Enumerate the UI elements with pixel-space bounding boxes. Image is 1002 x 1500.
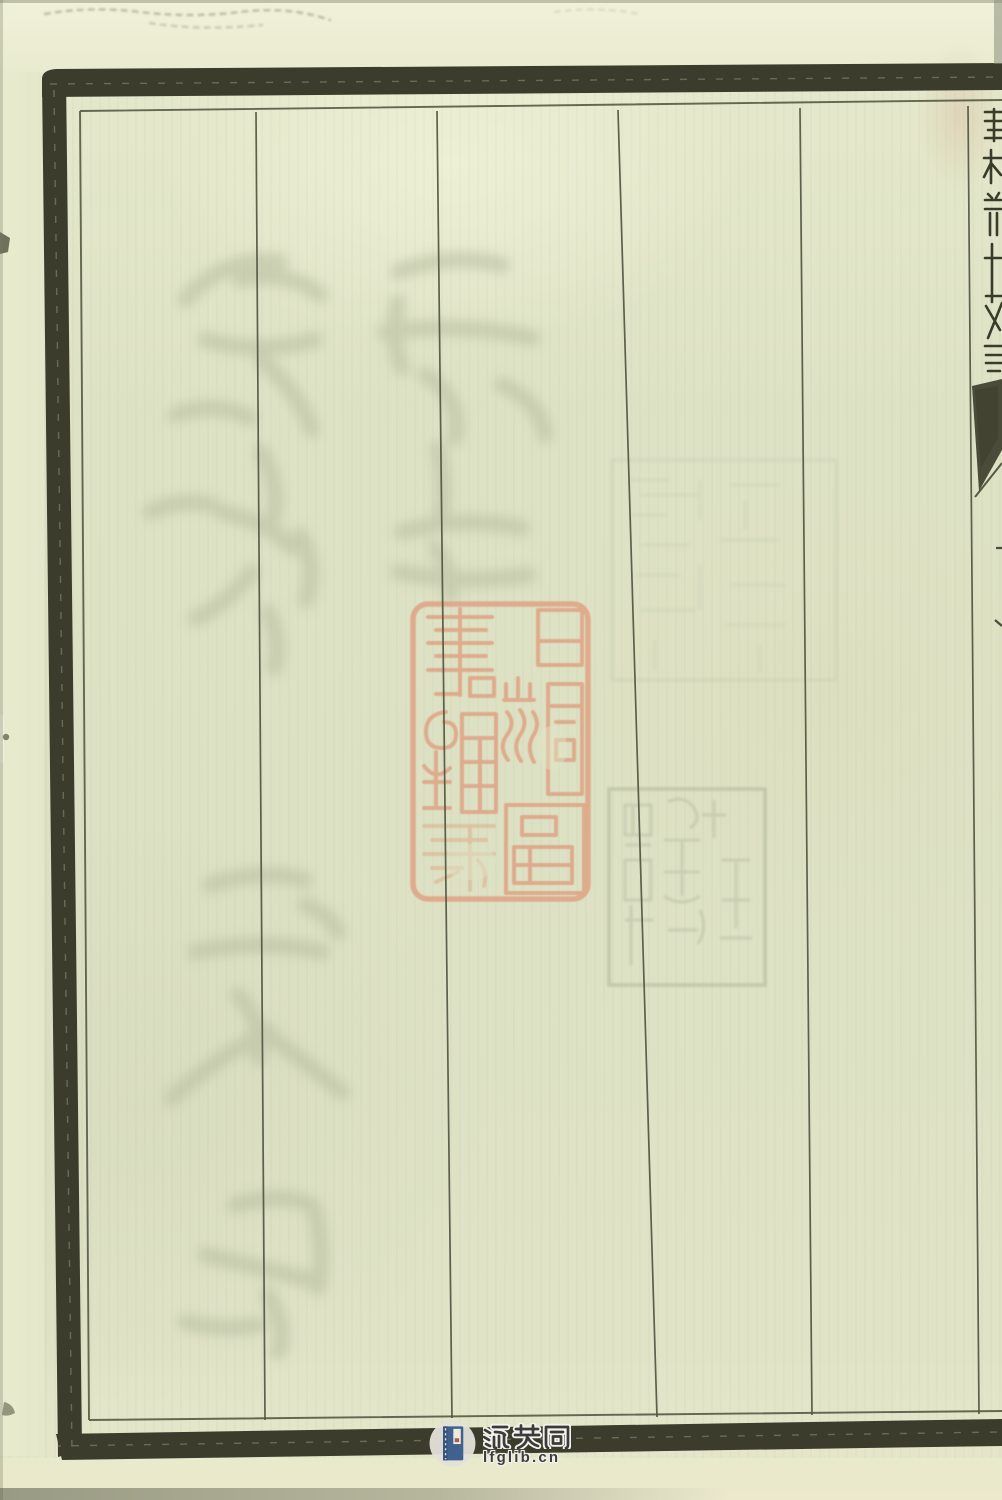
border-texture	[50, 77, 1002, 1452]
seal-char-guan	[424, 712, 496, 812]
scanned-genealogy-leaf: { "page": { "kind": "blank ruled leaf of…	[0, 0, 1002, 1500]
printed-frame-layer	[0, 0, 1002, 1500]
seal-char-shu	[428, 609, 494, 696]
library-seal-border	[413, 604, 588, 899]
lower-bleedthrough-seal	[609, 789, 765, 985]
seal-char-shang	[538, 610, 582, 665]
outer-border	[42, 63, 1002, 1460]
bleedthrough-cluster-center-mid	[398, 522, 528, 595]
bleedthrough-cluster-lower-left	[172, 875, 342, 1098]
fishtail-marker	[972, 379, 1002, 626]
seal-fade-patches	[444, 726, 567, 880]
seal-char-tu	[506, 805, 584, 893]
column-rule-1	[256, 112, 265, 1420]
column-rule-4	[800, 108, 812, 1415]
seal-char-hai	[503, 678, 582, 794]
book-badge	[429, 1420, 476, 1467]
site-name-glyphs	[483, 1423, 571, 1449]
library-seal	[0, 0, 1002, 1500]
scan-edge-left	[0, 0, 3, 1500]
bleedthrough-glyph-clusters	[150, 260, 545, 1352]
top-margin	[0, 0, 1002, 72]
bleedthrough-cluster-mid-left	[150, 452, 311, 668]
lfglib-watermark: lfglib.cn	[429, 1420, 571, 1467]
left-margin	[0, 72, 44, 1456]
column-rules	[256, 106, 979, 1420]
bleedthrough-cluster-upper-left	[175, 261, 320, 430]
gutter-fragment-4	[985, 244, 1002, 302]
scan-edge-bottom	[0, 1488, 730, 1500]
gutter-fragment-6	[985, 346, 1002, 371]
pink-stain	[918, 40, 1002, 190]
column-rule-3	[618, 110, 657, 1417]
inner-frame	[80, 100, 1002, 1420]
seal-char-cang	[424, 826, 494, 890]
book-icon	[429, 1420, 476, 1467]
gutter-fragment-3	[985, 193, 1001, 235]
site-url: lfglib.cn	[483, 1449, 571, 1466]
scan-edge-top	[0, 0, 1002, 3]
column-rule-2	[437, 111, 452, 1418]
bleedthrough-cluster-center-upper	[385, 260, 545, 520]
bleedthrough-cluster-bottom-left	[185, 1199, 321, 1353]
page-paper	[0, 0, 1002, 1500]
outer-border-left	[42, 75, 82, 1457]
watermark-text-block: lfglib.cn	[483, 1420, 571, 1466]
scan-edge-right	[994, 0, 1002, 64]
gutter-fragment-5	[986, 303, 1002, 338]
column-rule-5	[968, 106, 979, 1414]
upper-bleedthrough-seal	[612, 460, 836, 680]
ink-bleedthrough-layer	[0, 0, 1002, 1500]
